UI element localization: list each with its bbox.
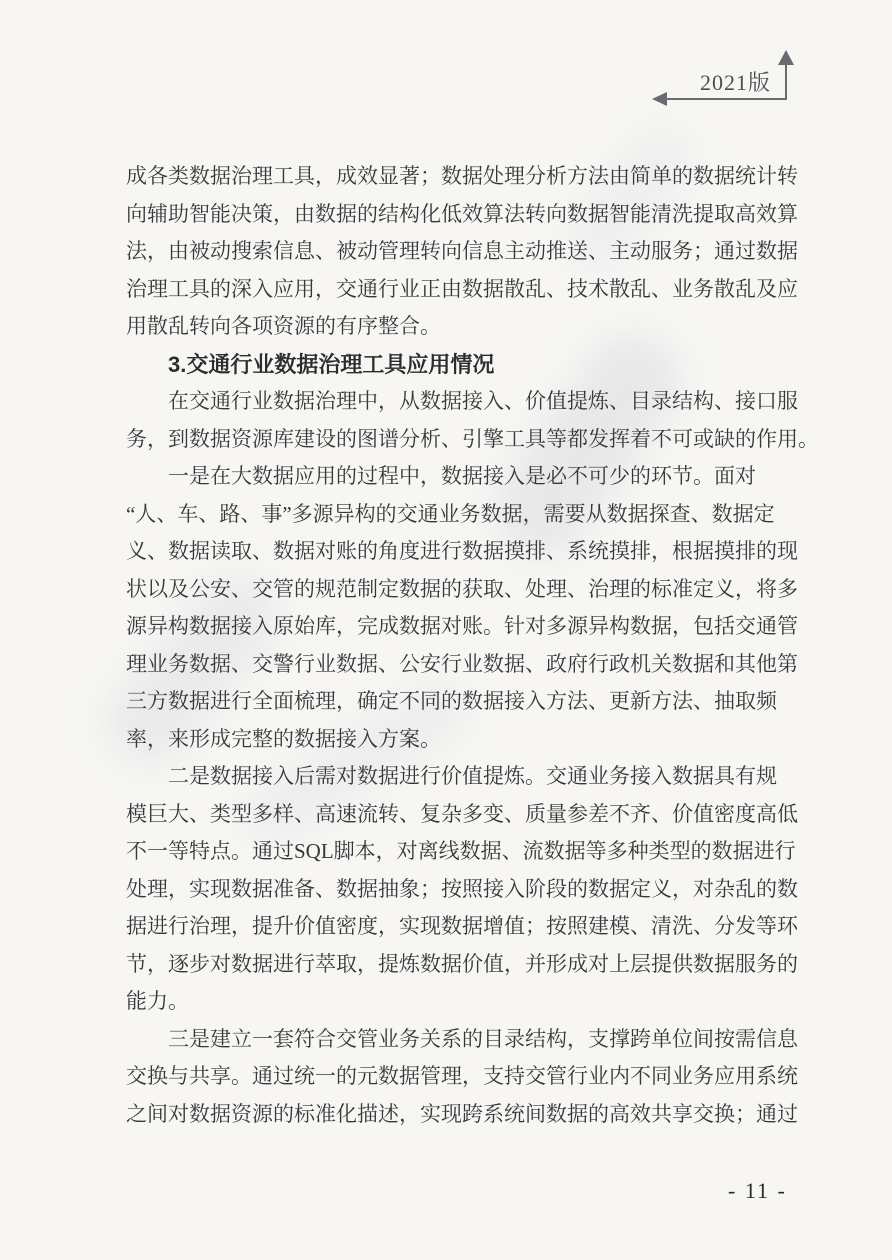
text-line: 状以及公安、交管的规范制定数据的获取、处理、治理的标准定义，将多	[126, 571, 798, 609]
text-line: 节，逐步对数据进行萃取，提炼数据价值，并形成对上层提供数据服务的	[126, 946, 798, 984]
body-text: 成各类数据治理工具，成效显著；数据处理分析方法由简单的数据统计转向辅助智能决策，…	[126, 158, 798, 1133]
text-line: 源异构数据接入原始库，完成数据对账。针对多源异构数据，包括交通管	[126, 608, 798, 646]
arrow-left-head-icon	[652, 92, 667, 106]
edition-label: 2021版	[700, 66, 788, 97]
text-line: 用散乱转向各项资源的有序整合。	[126, 308, 798, 346]
arrow-vertical-line	[785, 63, 787, 100]
text-line: 之间对数据资源的标准化描述，实现跨系统间数据的高效共享交换；通过	[126, 1096, 798, 1134]
text-line: 模巨大、类型多样、高速流转、复杂多变、质量参差不齐、价值密度高低	[126, 796, 798, 834]
text-line: 一是在大数据应用的过程中，数据接入是必不可少的环节。面对	[126, 458, 798, 496]
text-line: 二是数据接入后需对数据进行价值提炼。交通业务接入数据具有规	[126, 758, 798, 796]
text-line: 务，到数据资源库建设的图谱分析、引擎工具等都发挥着不可或缺的作用。	[126, 421, 798, 459]
text-line: 法，由被动搜索信息、被动管理转向信息主动推送、主动服务；通过数据	[126, 233, 798, 271]
text-line: 在交通行业数据治理中，从数据接入、价值提炼、目录结构、接口服	[126, 383, 798, 421]
section-heading: 3.交通行业数据治理工具应用情况	[126, 346, 798, 384]
arrow-up-head-icon	[778, 50, 794, 65]
arrow-horizontal-line	[660, 98, 786, 100]
text-line: 处理，实现数据准备、数据抽象；按照接入阶段的数据定义，对杂乱的数	[126, 871, 798, 909]
text-line: 向辅助智能决策，由数据的结构化低效算法转向数据智能清洗提取高效算	[126, 196, 798, 234]
text-line: 能力。	[126, 983, 798, 1021]
text-line: 交换与共享。通过统一的元数据管理，支持交管行业内不同业务应用系统	[126, 1058, 798, 1096]
text-line: 义、数据读取、数据对账的角度进行数据摸排、系统摸排，根据摸排的现	[126, 533, 798, 571]
text-line: 成各类数据治理工具，成效显著；数据处理分析方法由简单的数据统计转	[126, 158, 798, 196]
text-line: 理业务数据、交警行业数据、公安行业数据、政府行政机关数据和其他第	[126, 646, 798, 684]
text-line: 不一等特点。通过SQL脚本，对离线数据、流数据等多种类型的数据进行	[126, 833, 798, 871]
text-line: 率，来形成完整的数据接入方案。	[126, 721, 798, 759]
text-line: 治理工具的深入应用，交通行业正由数据散乱、技术散乱、业务散乱及应	[126, 271, 798, 309]
text-line: 据进行治理，提升价值密度，实现数据增值；按照建模、清洗、分发等环	[126, 908, 798, 946]
text-line: 三是建立一套符合交管业务关系的目录结构，支撑跨单位间按需信息	[126, 1021, 798, 1059]
page-number: - 11 -	[728, 1178, 787, 1204]
document-page: 2021版 成各类数据治理工具，成效显著；数据处理分析方法由简单的数据统计转向辅…	[0, 0, 892, 1260]
text-line: “人、车、路、事”多源异构的交通业务数据，需要从数据探查、数据定	[126, 496, 798, 534]
text-line: 三方数据进行全面梳理，确定不同的数据接入方法、更新方法、抽取频	[126, 683, 798, 721]
